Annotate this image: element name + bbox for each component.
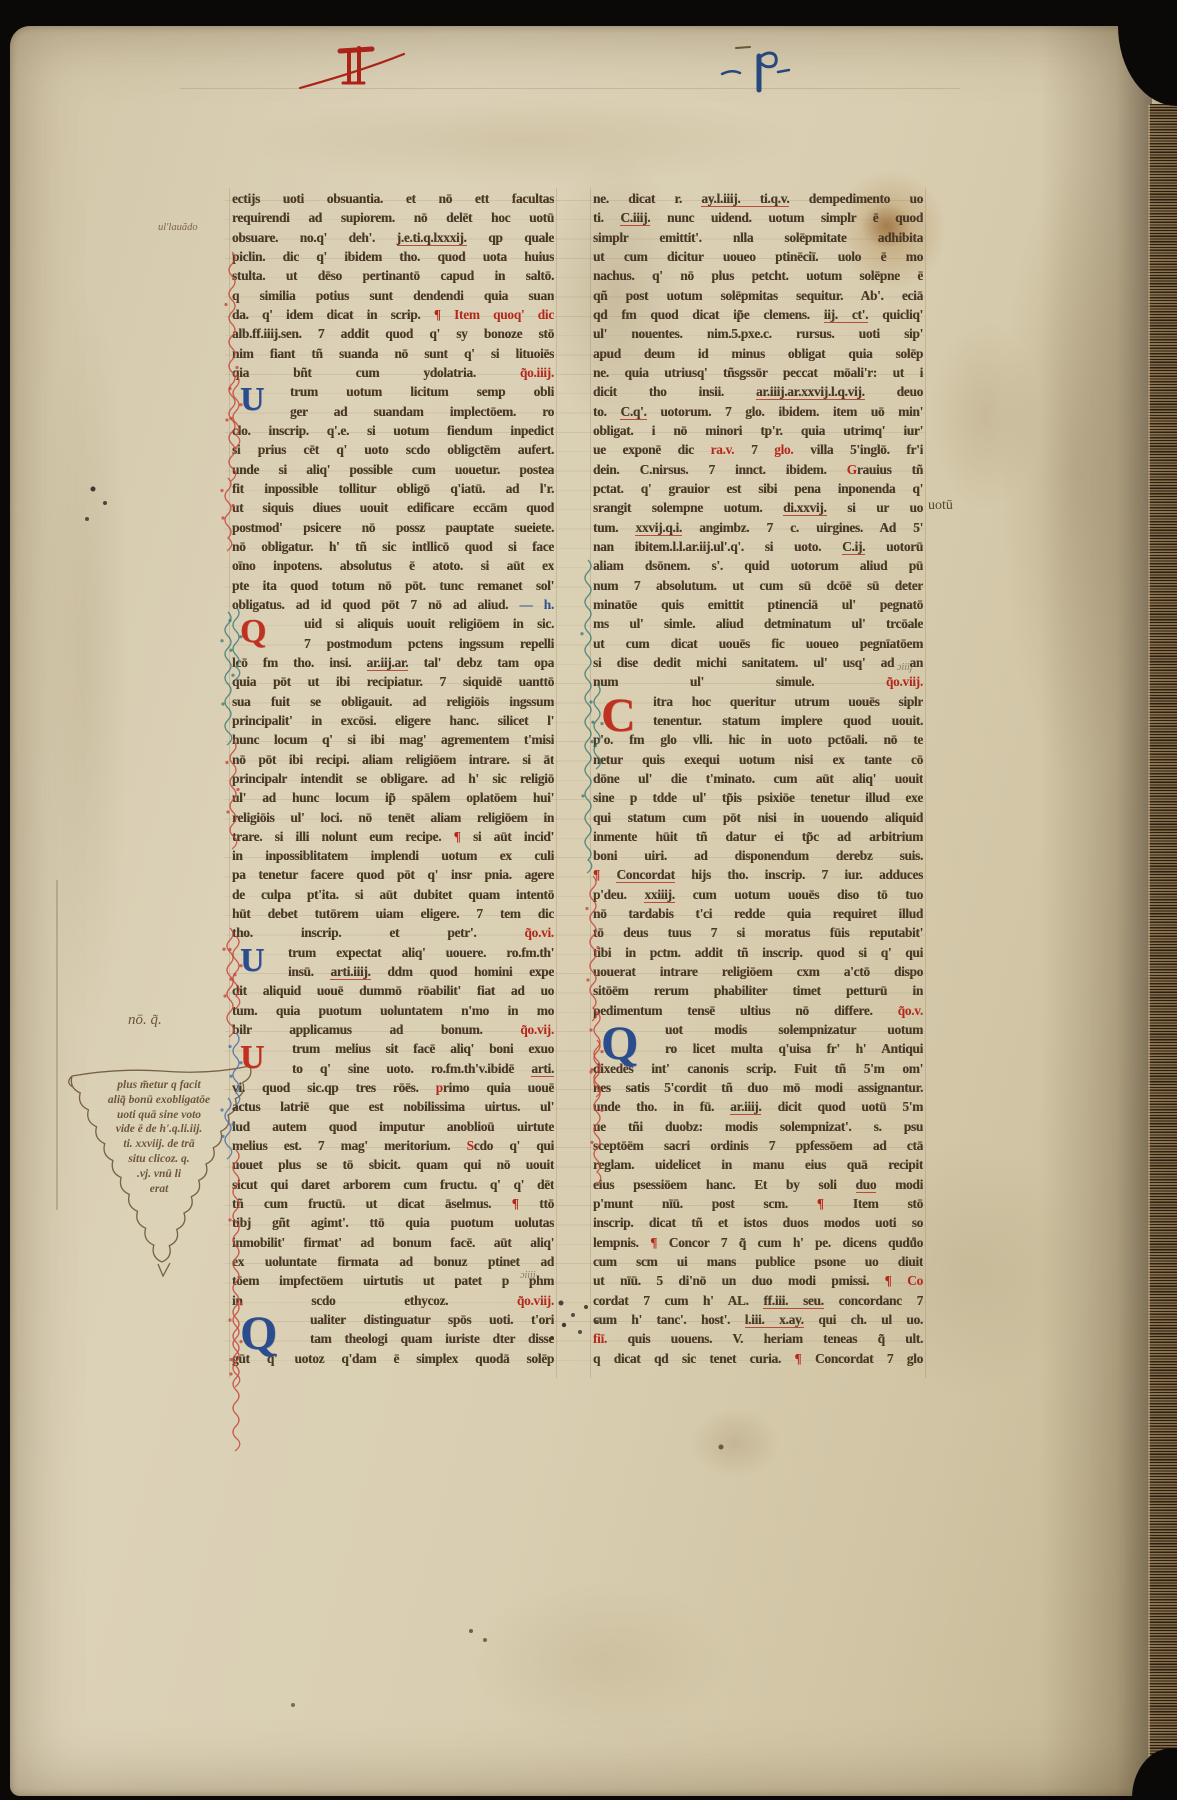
- text-segment: ttō: [519, 1196, 554, 1211]
- text-segment: qui statum cum pōt nisi in uouendo aliqu…: [593, 810, 923, 825]
- text-line: piclin. dic q' ibidem tho. quod uota hui…: [232, 247, 554, 266]
- text-line: ger ad suandam implectōem. ro: [232, 402, 554, 421]
- text-segment: inmente hūit tñ datur ei tp̃c ad arbitri…: [593, 829, 923, 844]
- text-segment: tum.: [593, 520, 635, 535]
- text-segment: dicit tho insii.: [593, 384, 756, 399]
- text-segment: nunc uidend. uotum simplr ē quod: [650, 210, 923, 225]
- text-line: postmod' psicere nō possz pauptate sueie…: [232, 518, 554, 537]
- text-line: si prius cēt q' uoto scdo obligctēm aufe…: [232, 440, 554, 459]
- text-line: dein. C.nirsus. 7 innct. ibidem. Grauius…: [593, 460, 923, 479]
- text-line: sitōēm rerum phabiliter timet petturū in: [593, 981, 923, 1000]
- text-line: trum expectat aliq' uouere. ro.fm.th': [232, 943, 554, 962]
- text-segment: in inpossiblitatem implendi uotum ex cul…: [232, 848, 554, 863]
- text-line: pctat. q' grauior est sibi pena inponend…: [593, 479, 923, 498]
- text-segment: ¶: [512, 1196, 519, 1211]
- text-line: hūt debet tutōrem uiam eligere. 7 tem di…: [232, 904, 554, 923]
- quire-mark-blue-icon: [716, 44, 794, 96]
- text-line: lempnis. ¶ Concor 7 q̃ cum h' pe. dicens…: [593, 1233, 923, 1252]
- text-line: fit inpossible tollitur obligō q'iatū. a…: [232, 479, 554, 498]
- text-line: stulta. ut dēso pertinantō capud in salt…: [232, 266, 554, 285]
- text-line: obsuare. no.q' deh'. j.e.ti.q.lxxxij. qp…: [232, 228, 554, 247]
- text-segment: ¶: [795, 1351, 815, 1366]
- text-line: si dise dedit michi sanitatem. ul' usq' …: [593, 653, 923, 672]
- text-segment: ¶ Item quoq' dic: [434, 307, 554, 322]
- text-segment: ne. quia utriusq' tñsgssōr peccat mōali'…: [593, 365, 923, 380]
- penwork-flourish: [218, 478, 238, 554]
- text-line: ectijs uoti obsuantia. et nō ett faculta…: [232, 189, 554, 208]
- text-line: num 7 absolutum. ut cum sū dcōē sū deter: [593, 576, 923, 595]
- text-line: principalr intendit se obligare. ad h' s…: [232, 769, 554, 788]
- text-segment: vi. quod sic.qp tres rōēs.: [232, 1080, 436, 1095]
- text-line: tñ cum fructū. ut dicat āselmus. ¶ ttō: [232, 1194, 554, 1213]
- text-segment: ¶: [817, 1196, 853, 1211]
- text-segment: nes satis 5'cordit tñ duo mō modi assign…: [593, 1080, 923, 1095]
- text-line: melius est. 7 mag' meritorium. Scdo q' q…: [232, 1136, 554, 1155]
- text-line: principalit' in excōsi. eligere hanc. si…: [232, 711, 554, 730]
- text-segment: rimo quia uouē: [443, 1080, 554, 1095]
- text-line: tam theologi quam iuriste dter disse: [232, 1329, 554, 1348]
- text-segment: eius psessiōem hanc. Et by soli: [593, 1177, 856, 1192]
- text-segment: ff.iii. seu.: [763, 1293, 823, 1309]
- text-segment: trare. si illi nolunt eum recipe.: [232, 829, 454, 844]
- text-line: ne. dicat r. ay.l.iiij. ti.q.v. dempedim…: [593, 189, 923, 208]
- text-line: hunc locum q' si ibi mag' agrementem t'm…: [232, 730, 554, 749]
- text-segment: dempedimento uo: [789, 191, 923, 206]
- text-segment: trum melius sit facē aliq' boni exuo: [292, 1041, 554, 1056]
- text-segment: ti.: [593, 210, 620, 225]
- text-segment: quia pōt ut ibi recipiatur. 7 siquidē ua…: [232, 674, 554, 689]
- margin-note-line: .vj. vnū li: [84, 1167, 234, 1182]
- margin-note-votum: uotū: [928, 498, 953, 514]
- text-segment: to.: [593, 404, 620, 419]
- penwork-flourish: [583, 876, 603, 1032]
- text-segment: actus latriē que est nobilissima uirtus.…: [232, 1099, 554, 1114]
- text-line: pte ita quod totum nō pōt. tunc remanet …: [232, 576, 554, 595]
- margin-note-lavando: ul'lauãdo: [158, 222, 198, 233]
- text-line: dixedēs int' canonis scrip. Fuit tñ 5'm …: [593, 1059, 923, 1078]
- text-segment: p'munt nīū. post scm.: [593, 1196, 817, 1211]
- text-segment: ddm quod homini expe: [371, 964, 554, 979]
- text-segment: srangit solempne uotum.: [593, 500, 783, 515]
- text-segment: C.ij.: [842, 539, 865, 555]
- text-line: nan ibitem.l.l.ar.iij.ul'.q'. si uoto. C…: [593, 537, 923, 556]
- text-segment: cum uotum uouēs diso tō tuo: [675, 887, 923, 902]
- text-line: tō deus tuus 7 si moratus fūis reputabit…: [593, 923, 923, 942]
- text-line: ex uoluntate firmata ad bonuz ptinet ad: [232, 1252, 554, 1271]
- text-segment: arti.: [531, 1061, 554, 1077]
- text-line: itra hoc queritur utrum uouēs siplr: [593, 692, 923, 711]
- margin-note-line: erat: [84, 1182, 234, 1197]
- text-segment: da. q' idem dicat in scrip.: [232, 307, 434, 322]
- text-segment: dixedēs int' canonis scrip. Fuit tñ 5'm …: [593, 1061, 923, 1076]
- text-line: nachus. q' nō plus petcht. uotum solēpne…: [593, 266, 923, 285]
- text-segment: ue tñi duobz: modis solempnizat'. s. psu: [593, 1119, 923, 1134]
- text-segment: lempnis.: [593, 1235, 650, 1250]
- text-line: apud deum id minus obligat quia solēp: [593, 344, 923, 363]
- text-segment: ¶: [650, 1235, 669, 1250]
- text-segment: q̃o.iiij.: [520, 365, 554, 380]
- penwork-flourish: [226, 1150, 246, 1456]
- margin-note-line: plus m̃etur q facit: [84, 1078, 234, 1093]
- text-segment: qui ch. ul uo.: [804, 1312, 923, 1327]
- text-line: trare. si illi nolunt eum recipe. ¶ si a…: [232, 827, 554, 846]
- text-segment: nō obligatur. h' tñ sic intllicō quod si…: [232, 539, 554, 554]
- text-segment: C.iiij.: [620, 210, 650, 226]
- text-segment: S: [467, 1138, 474, 1153]
- text-line: cum scm ui mans publice psone uo diuit: [593, 1252, 923, 1271]
- text-segment: Concordat 7 glo: [815, 1351, 923, 1366]
- text-line: to. C.q'. uotorum. 7 glo. ibidem. item u…: [593, 402, 923, 421]
- text-segment: ¶: [454, 829, 461, 844]
- text-segment: uot modis solempnizatur uotum: [665, 1022, 923, 1037]
- book-fore-edge: [1148, 104, 1177, 1776]
- text-line: dit aliquid uouē dummō rōabilit' fiat ad…: [232, 981, 554, 1000]
- text-segment: pte ita quod totum nō pōt. tunc remanet …: [232, 578, 554, 593]
- text-line: pa tenetur facere quod pōt q' insr pnia.…: [232, 865, 554, 884]
- text-line: gūt q' uotoz q'dam ē simplex quodā solēp: [232, 1349, 554, 1368]
- text-segment: ay.l.iiij. ti.q.v.: [701, 191, 789, 207]
- text-segment: nō pōt ibi recipi. aliam religiōem intra…: [232, 752, 554, 767]
- text-segment: dein. C.nirsus. 7 innct. ibidem.: [593, 462, 847, 477]
- text-segment: ¶ Co: [885, 1273, 923, 1288]
- text-segment: sicut qui daret arborem cum fructu. q' q…: [232, 1177, 554, 1192]
- text-line: 7 postmodum pctens ingssum repelli: [232, 634, 554, 653]
- text-line: to q' sine uoto. ro.fm.th'v.ibidē arti.: [232, 1059, 554, 1078]
- text-segment: itra hoc queritur utrum uouēs siplr: [653, 694, 923, 709]
- text-segment: obsuare. no.q' deh'.: [232, 230, 397, 245]
- text-segment: minatōe quis emittit ptinenciā ul' pegna…: [593, 597, 923, 612]
- text-segment: tho. inscrip. et petr'.: [232, 925, 525, 940]
- text-segment: qñ post uotum solēpmitas sequitur. Ab'. …: [593, 288, 923, 303]
- text-line: ut cum dicitur uoueo ptinēciī. uolo ē mo: [593, 247, 923, 266]
- text-line: uid si aliquis uouit religiōem in sic.: [232, 614, 554, 633]
- text-segment: ul' ad hunc locum ip̃ spālem oplatōem hu…: [232, 790, 554, 805]
- text-line: p'munt nīū. post scm. ¶ Item stō: [593, 1194, 923, 1213]
- text-line: qd fm quod dicat ip̃e clemens. iij. ct'.…: [593, 305, 923, 324]
- text-line: sua fuit se obligauit. ad religiōis ings…: [232, 692, 554, 711]
- text-segment: hūt debet tutōrem uiam eligere. 7 tem di…: [232, 906, 554, 921]
- margin-note-no-q: nō. q̃.: [128, 1012, 162, 1029]
- text-line: tōem impfectōem uirtutis ut patet p phm: [232, 1271, 554, 1290]
- text-line: nō tardabis t'ci redde quia requiret ill…: [593, 904, 923, 923]
- text-segment: boni uiri. ad disponendum derebz suis.: [593, 848, 923, 863]
- text-line: qui statum cum pōt nisi in uouendo aliqu…: [593, 808, 923, 827]
- margin-note-line: uoti quā sine voto: [84, 1108, 234, 1123]
- text-line: pedimentum tensē ultius nō differe. q̃o.…: [593, 1001, 923, 1020]
- text-line: actus latriē que est nobilissima uirtus.…: [232, 1097, 554, 1116]
- text-segment: duo: [856, 1177, 877, 1193]
- text-segment: alb.ff.iiij.sen. 7 addit quod q' sy bono…: [232, 326, 554, 341]
- text-segment: uid si aliquis uouit religiōem in sic.: [304, 616, 554, 631]
- text-segment: Item stō: [853, 1196, 923, 1211]
- text-segment: sua fuit se obligauit. ad religiōis ings…: [232, 694, 554, 709]
- text-segment: sceptōēm sacri ordinis 7 ppfessōem ad ct…: [593, 1138, 923, 1153]
- quire-mark-red-icon: [296, 42, 408, 94]
- text-segment: ut nīū. 5 di'nō un duo modi pmissi.: [593, 1273, 885, 1288]
- text-segment: to q' sine uoto. ro.fm.th'v.ibidē: [292, 1061, 531, 1076]
- margin-note-line: ti. xxviij. de trā: [84, 1137, 234, 1152]
- text-segment: piclin. dic q' ibidem tho. quod uota hui…: [232, 249, 554, 264]
- text-line: inmobilit' firmat' ad bonum facē. aūt al…: [232, 1233, 554, 1252]
- text-line: inscrip. dicat tñ et istos duos modos uo…: [593, 1213, 923, 1232]
- text-segment: iij. ct'.: [824, 307, 868, 323]
- text-segment: simplr emittit'. nlla solēpmitate adhibi…: [593, 230, 923, 245]
- text-line: tibi in pctm. addit tñ inscrip. quod si …: [593, 943, 923, 962]
- text-segment: inscrip. dicat tñ et istos duos modos uo…: [593, 1215, 923, 1230]
- text-segment: dit aliquid uouē dummō rōabilit' fiat ad…: [232, 983, 554, 998]
- text-segment: ar.iiij.: [730, 1099, 761, 1115]
- text-segment: cordat 7 cum h' AL.: [593, 1293, 763, 1308]
- text-segment: obligatus. ad id quod pōt 7 nō ad aliud.: [232, 597, 519, 612]
- penwork-flourish: [222, 252, 242, 488]
- text-segment: ra.v.: [711, 442, 735, 457]
- text-line: trum uotum licitum semp obli: [232, 382, 554, 401]
- text-segment: si dise dedit michi sanitatem. ul' usq' …: [593, 655, 923, 670]
- text-line: uot modis solempnizatur uotum: [593, 1020, 923, 1039]
- text-segment: q̃o.vij.: [520, 1022, 554, 1037]
- penwork-flourish: [587, 1040, 607, 1194]
- text-line: minatōe quis emittit ptinenciā ul' pegna…: [593, 595, 923, 614]
- text-segment: uotorū: [865, 539, 923, 554]
- text-line: sceptōēm sacri ordinis 7 ppfessōem ad ct…: [593, 1136, 923, 1155]
- text-line: ¶ Concordat hijs tho. inscrip. 7 iur. ad…: [593, 865, 923, 884]
- text-segment: q similia potius sunt dendendi quia suan: [232, 288, 554, 303]
- text-line: alb.ff.iiij.sen. 7 addit quod q' sy bono…: [232, 324, 554, 343]
- text-segment: ro licet multa q'uisa fr' h' Antiqui: [665, 1041, 923, 1056]
- text-line: p'o. fm glo vlli. hic in uoto pctōali. n…: [593, 730, 923, 749]
- penwork-flourish: [223, 740, 243, 856]
- text-segment: nan ibitem.l.l.ar.iij.ul'.q'. si uoto.: [593, 539, 842, 554]
- text-segment: trum uotum licitum semp obli: [290, 384, 554, 399]
- text-line: vi. quod sic.qp tres rōēs. primo quia uo…: [232, 1078, 554, 1097]
- text-segment: lcō fm tho. insi.: [232, 655, 367, 670]
- text-segment: 7 postmodum pctens ingssum repelli: [304, 636, 554, 651]
- text-segment: unde tho. in fū.: [593, 1099, 730, 1114]
- text-segment: modi: [876, 1177, 923, 1192]
- text-segment: rauius tñ: [857, 462, 923, 477]
- text-segment: uotorum. 7 glo. ibidem. item uō min': [647, 404, 924, 419]
- text-line: ualiter distinguatur spōs uoti. t'ori: [232, 1310, 554, 1329]
- text-line: lud autem quod imputur anoblioū uirtute: [232, 1117, 554, 1136]
- text-line: eius psessiōem hanc. Et by soli duo modi: [593, 1175, 923, 1194]
- text-line: in inpossiblitatem implendi uotum ex cul…: [232, 846, 554, 865]
- text-segment: fiī.: [593, 1331, 607, 1346]
- text-line: qñ post uotum solēpmitas sequitur. Ab'. …: [593, 286, 923, 305]
- text-segment: dōne ul' die t'minato. cum aūt aliq' uou…: [593, 771, 923, 786]
- text-line: uouerat intrare religiōem cxm a'ctō disp…: [593, 962, 923, 981]
- text-line: ut siquis diues uouit edificare eccām qu…: [232, 498, 554, 517]
- text-segment: q̃o.v.: [898, 1003, 923, 1018]
- penwork-flourish: [220, 928, 240, 1039]
- text-line: tibj gñt agimt'. ttō quia puotum uolutas: [232, 1213, 554, 1232]
- text-segment: num ul' simule.: [593, 674, 886, 689]
- text-segment: q̃o.viij.: [517, 1293, 554, 1308]
- text-line: unde tho. in fū. ar.iiij. dicit quod uot…: [593, 1097, 923, 1116]
- text-segment: p: [436, 1080, 443, 1095]
- text-segment: tal' debz tam opa: [408, 655, 554, 670]
- text-line: insū. arti.iiij. ddm quod homini expe: [232, 962, 554, 981]
- text-segment: lud autem quod imputur anoblioū uirtute: [232, 1119, 554, 1134]
- text-line: inmente hūit tñ datur ei tp̃c ad arbitri…: [593, 827, 923, 846]
- photo-backdrop: ul'lauãdo nō. q̃. uotū ɔiiij ɔiiij plus …: [0, 0, 1177, 1800]
- text-line: ti. C.iiij. nunc uidend. uotum simplr ē …: [593, 208, 923, 227]
- text-segment: nim fiant tñ suanda nō sunt q' si lituoi…: [232, 346, 554, 361]
- text-column-right: ne. dicat r. ay.l.iiij. ti.q.v. dempedim…: [593, 189, 923, 1368]
- text-line: boni uiri. ad disponendum derebz suis.: [593, 846, 923, 865]
- text-line: num ul' simule. q̃o.viij.: [593, 672, 923, 691]
- text-segment: ar.iij.ar.: [367, 655, 409, 671]
- text-segment: pa tenetur facere quod pōt q' insr pnia.…: [232, 867, 554, 882]
- text-segment: si prius cēt q' uoto scdo obligctēm aufe…: [232, 442, 554, 457]
- text-segment: ectijs uoti obsuantia. et nō ett faculta…: [232, 191, 554, 206]
- penwork-flourish: [578, 560, 598, 881]
- text-line: sine p tdde ul' tp̃is psixiōe tenetur il…: [593, 788, 923, 807]
- text-segment: trum expectat aliq' uouere. ro.fm.th': [288, 945, 554, 960]
- text-line: ue tñi duobz: modis solempnizat'. s. psu: [593, 1117, 923, 1136]
- text-segment: Concordat: [616, 867, 674, 883]
- text-line: trum melius sit facē aliq' boni exuo: [232, 1039, 554, 1058]
- text-line: netur quis exequi uotum nisi ex tante cō: [593, 750, 923, 769]
- margin-note-line: vide ē de h'.q.li.iij.: [84, 1122, 234, 1137]
- text-segment: insū.: [288, 964, 330, 979]
- text-segment: ut cum dicat uouēs fic uoueo pegnīatōem: [593, 636, 923, 651]
- text-segment: ue exponē dic: [593, 442, 711, 457]
- text-line: tenentur. statum implere quod uouit.: [593, 711, 923, 730]
- text-segment: xxiiij.: [644, 887, 674, 903]
- text-segment: uouet plus se tō sbicit. quam qui nō uou…: [232, 1157, 554, 1172]
- text-line: bilr applicamus ad bonum. q̃o.vij.: [232, 1020, 554, 1039]
- text-segment: C.q'.: [620, 404, 646, 420]
- text-segment: ut siquis diues uouit edificare eccām qu…: [232, 500, 554, 515]
- text-line: requirendi ad supiorem. nō delēt hoc uot…: [232, 208, 554, 227]
- text-segment: — h.: [519, 597, 554, 612]
- text-segment: num 7 absolutum. ut cum sū dcōē sū deter: [593, 578, 923, 593]
- text-segment: q̃o.viij.: [886, 674, 923, 689]
- text-segment: sine p tdde ul' tp̃is psixiōe tenetur il…: [593, 790, 923, 805]
- text-segment: fit inpossible tollitur obligō q'iatū. a…: [232, 481, 554, 496]
- text-line: in scdo ethycoz. q̃o.viij.: [232, 1291, 554, 1310]
- text-line: ut nīū. 5 di'nō un duo modi pmissi. ¶ Co: [593, 1271, 923, 1290]
- text-segment: bilr applicamus ad bonum.: [232, 1022, 520, 1037]
- text-segment: ger ad suandam implectōem. ro: [290, 404, 554, 419]
- text-segment: G: [847, 462, 857, 477]
- text-line: quia pōt ut ibi recipiatur. 7 siquidē ua…: [232, 672, 554, 691]
- text-segment: qia bñt cum ydolatria.: [232, 365, 520, 380]
- text-segment: ul' nouentes. nim.5.pxe.c. rursus. uoti …: [593, 326, 923, 341]
- text-line: sicut qui daret arborem cum fructu. q' q…: [232, 1175, 554, 1194]
- text-line: srangit solempne uotum. di.xxvij. si ur …: [593, 498, 923, 517]
- text-segment: requirendi ad supiorem. nō delēt hoc uot…: [232, 210, 554, 225]
- penwork-flourish: [218, 612, 238, 753]
- text-segment: hijs tho. inscrip. 7 iur. adduces: [675, 867, 923, 882]
- text-segment: ualiter distinguatur spōs uoti. t'ori: [310, 1312, 554, 1327]
- text-line: ro licet multa q'uisa fr' h' Antiqui: [593, 1039, 923, 1058]
- text-segment: postmod' psicere nō possz pauptate sueie…: [232, 520, 554, 535]
- text-line: p'deu. xxiiij. cum uotum uouēs diso tō t…: [593, 885, 923, 904]
- text-segment: si ur uo: [827, 500, 924, 515]
- text-line: ul' nouentes. nim.5.pxe.c. rursus. uoti …: [593, 324, 923, 343]
- text-line: qia bñt cum ydolatria. q̃o.iiij.: [232, 363, 554, 382]
- text-segment: ex uoluntate firmata ad bonuz ptinet ad: [232, 1254, 554, 1269]
- text-segment: si aūt incid': [461, 829, 554, 844]
- text-segment: de culpa pt'ita. si aūt dubitet quam int…: [232, 887, 554, 902]
- text-segment: tum. quia puotum uoluntatem n'mo in mo: [232, 1003, 554, 1018]
- text-segment: Concor 7 q̃ cum h' pe. dicens quduo: [669, 1235, 923, 1250]
- text-line: uouet plus se tō sbicit. quam qui nō uou…: [232, 1155, 554, 1174]
- text-segment: ne. dicat r.: [593, 191, 701, 206]
- text-segment: qp quale: [467, 230, 554, 245]
- text-segment: hunc locum q' si ibi mag' agrementem t'm…: [232, 732, 554, 747]
- text-segment: 7: [734, 442, 774, 457]
- text-segment: cdo q' qui: [474, 1138, 554, 1153]
- margin-note-text: plus m̃etur q facitaliq̃ bonū exobligatō…: [84, 1078, 234, 1196]
- text-line: q dicat qd sic tenet curia. ¶ Concordat …: [593, 1349, 923, 1368]
- text-line: tum. quia puotum uoluntatem n'mo in mo: [232, 1001, 554, 1020]
- text-line: simplr emittit'. nlla solēpmitate adhibi…: [593, 228, 923, 247]
- text-line: cum h' tanc'. host'. l.iii. x.ay. qui ch…: [593, 1310, 923, 1329]
- text-segment: stulta. ut dēso pertinantō capud in salt…: [232, 268, 554, 283]
- text-segment: cum h' tanc'. host'.: [593, 1312, 745, 1327]
- text-line: oīno inpotens. absolutus ē atoto. si aūt…: [232, 556, 554, 575]
- text-line: tum. xxvij.q.i. angimbz. 7 c. uirgines. …: [593, 518, 923, 537]
- text-segment: q̃o.vi.: [525, 925, 554, 940]
- text-line: ms ul' simle. aliud detminatum ul' trcōa…: [593, 614, 923, 633]
- text-segment: tñ cum fructū. ut dicat āselmus.: [232, 1196, 512, 1211]
- text-segment: quicliq': [868, 307, 923, 322]
- text-segment: tam theologi quam iuriste dter disse: [310, 1331, 554, 1346]
- text-segment: gūt q' uotoz q'dam ē simplex quodā solēp: [232, 1351, 554, 1366]
- text-segment: in scdo ethycoz.: [232, 1293, 517, 1308]
- text-segment: l.iii. x.ay.: [745, 1312, 804, 1328]
- text-segment: pedimentum tensē ultius nō differe.: [593, 1003, 898, 1018]
- text-line: ne. quia utriusq' tñsgssōr peccat mōali'…: [593, 363, 923, 382]
- text-segment: netur quis exequi uotum nisi ex tante cō: [593, 752, 923, 767]
- text-line: reglam. uidelicet in manu eius quā recip…: [593, 1155, 923, 1174]
- text-line: tho. inscrip. et petr'. q̃o.vi.: [232, 923, 554, 942]
- text-line: unde si aliq' possible cum uouetur. post…: [232, 460, 554, 479]
- text-segment: melius est. 7 mag' meritorium.: [232, 1138, 467, 1153]
- text-line: religiōis ul' loci. nō tenēt aliam relig…: [232, 808, 554, 827]
- text-segment: angimbz. 7 c. uirgines. Ad 5': [682, 520, 923, 535]
- text-segment: uouerat intrare religiōem cxm a'ctō disp…: [593, 964, 923, 979]
- text-segment: oīno inpotens. absolutus ē atoto. si aūt…: [232, 558, 554, 573]
- text-line: ue exponē dic ra.v. 7 glo. villa 5'inglō…: [593, 440, 923, 459]
- text-segment: principalit' in excōsi. eligere hanc. si…: [232, 713, 554, 728]
- text-line: lcō fm tho. insi. ar.iij.ar. tal' debz t…: [232, 653, 554, 672]
- text-segment: dicit quod uotū 5'm: [761, 1099, 923, 1114]
- text-segment: qd fm quod dicat ip̃e clemens.: [593, 307, 824, 322]
- text-segment: ms ul' simle. aliud detminatum ul' trcōa…: [593, 616, 923, 631]
- text-segment: tō deus tuus 7 si moratus fūis reputabit…: [593, 925, 923, 940]
- text-segment: obligat. i nō minori tp'r. quia utrimq' …: [593, 423, 923, 438]
- text-segment: ar.iiij.ar.xxvij.l.q.vij.: [756, 384, 865, 400]
- text-segment: tibi in pctm. addit tñ inscrip. quod si …: [593, 945, 923, 960]
- text-segment: tenentur. statum implere quod uouit.: [653, 713, 923, 728]
- text-column-left: ectijs uoti obsuantia. et nō ett faculta…: [232, 189, 554, 1368]
- text-segment: nachus. q' nō plus petcht. uotum solēpne…: [593, 268, 923, 283]
- text-segment: xxvij.q.i.: [635, 520, 681, 536]
- text-segment: j.e.ti.q.lxxxij.: [397, 230, 467, 246]
- text-line: clo. inscrip. q'.e. si uotum fiendum inp…: [232, 421, 554, 440]
- text-segment: tōem impfectōem uirtutis ut patet p phm: [232, 1273, 554, 1288]
- text-line: nim fiant tñ suanda nō sunt q' si lituoi…: [232, 344, 554, 363]
- text-segment: unde si aliq' possible cum uouetur. post…: [232, 462, 554, 477]
- text-line: nes satis 5'cordit tñ duo mō modi assign…: [593, 1078, 923, 1097]
- text-line: ut cum dicat uouēs fic uoueo pegnīatōem: [593, 634, 923, 653]
- text-line: obligat. i nō minori tp'r. quia utrimq' …: [593, 421, 923, 440]
- text-line: cordat 7 cum h' AL. ff.iii. seu. concord…: [593, 1291, 923, 1310]
- text-segment: religiōis ul' loci. nō tenēt aliam relig…: [232, 810, 554, 825]
